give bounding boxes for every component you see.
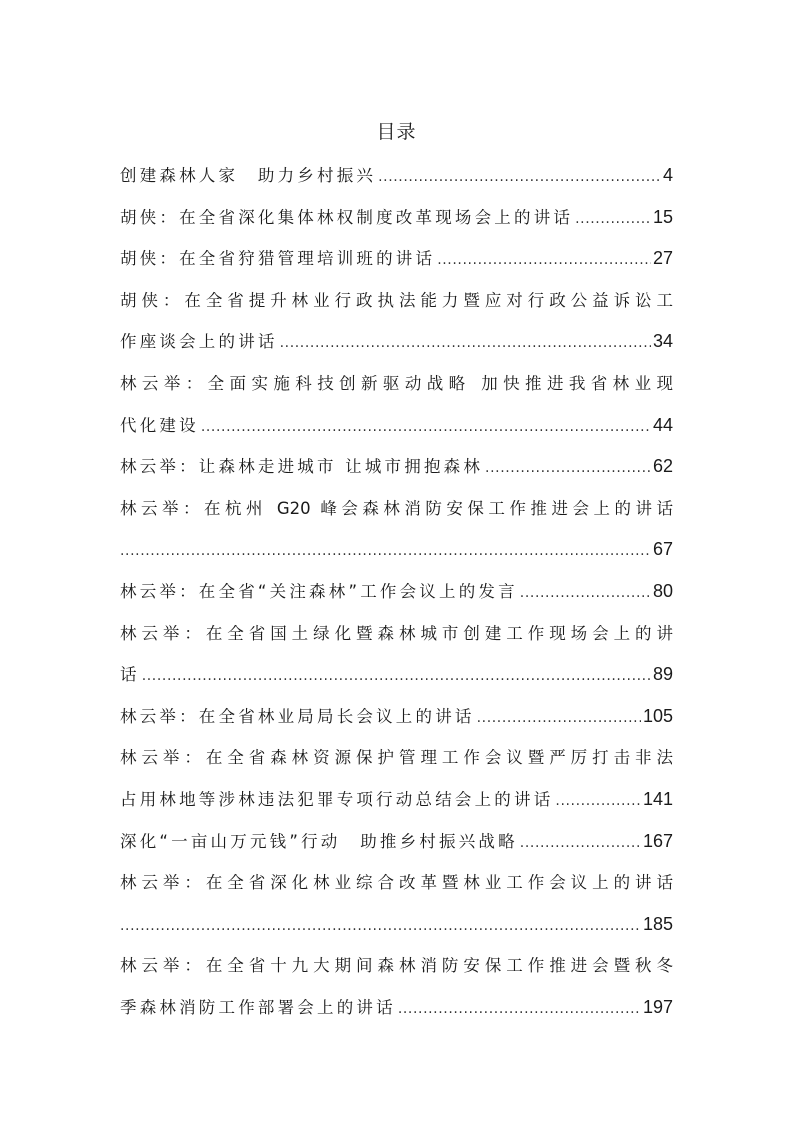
- toc-entry[interactable]: 胡侠：在全省深化集体林权制度改革现场会上的讲话 15: [120, 197, 673, 239]
- dot-leader: [201, 407, 651, 449]
- toc-entry-title: 林云举：在全省深化林业综合改革暨林业工作会议上的讲话: [120, 862, 673, 904]
- toc-entry-line-1[interactable]: 胡侠：在全省提升林业行政执法能力暨应对行政公益诉讼工: [120, 280, 673, 322]
- toc-page-number: 105: [643, 696, 673, 738]
- toc-entry-line-2[interactable]: 185: [120, 904, 673, 946]
- toc-entry-title-cont: 季森林消防工作部署会上的讲话: [120, 987, 396, 1029]
- toc-entry-title: 林云举：在全省森林资源保护管理工作会议暨严厉打击非法: [120, 737, 673, 779]
- toc-entry-title-cont: 代化建设: [120, 405, 199, 447]
- toc-title: 目录: [0, 117, 793, 147]
- toc-entry-title: 深化“一亩山万元钱”行动 助推乡村振兴战略: [120, 821, 518, 863]
- table-of-contents: 创建森林人家 助力乡村振兴 4 胡侠：在全省深化集体林权制度改革现场会上的讲话 …: [120, 155, 673, 1028]
- dot-leader: [280, 323, 651, 365]
- toc-entry-title: 创建森林人家 助力乡村振兴: [120, 155, 376, 197]
- toc-entry-title: 林云举：在杭州 G20 峰会森林消防安保工作推进会上的讲话: [120, 488, 673, 530]
- toc-entry-title: 林云举：在全省国土绿化暨森林城市创建工作现场会上的讲: [120, 613, 673, 655]
- toc-entry[interactable]: 深化“一亩山万元钱”行动 助推乡村振兴战略 167: [120, 821, 673, 863]
- dot-leader: [378, 157, 661, 199]
- toc-page-number: 167: [643, 821, 673, 863]
- toc-entry[interactable]: 胡侠：在全省狩猎管理培训班的讲话 27: [120, 238, 673, 280]
- toc-entry-title-cont: 作座谈会上的讲话: [120, 321, 278, 363]
- toc-entry-title: 林云举：在全省林业局局长会议上的讲话: [120, 696, 475, 738]
- toc-page-number: 34: [653, 321, 673, 363]
- toc-entry[interactable]: 林云举：在全省“关注森林”工作会议上的发言 80: [120, 571, 673, 613]
- dot-leader: [437, 240, 651, 282]
- toc-entry-title: 胡侠：在全省提升林业行政执法能力暨应对行政公益诉讼工: [120, 280, 673, 322]
- toc-entry-title-cont: 话: [120, 654, 140, 696]
- toc-entry-title: 林云举：让森林走进城市 让城市拥抱森林: [120, 446, 483, 488]
- toc-entry-line-2[interactable]: 占用林地等涉林违法犯罪专项行动总结会上的讲话 141: [120, 779, 673, 821]
- toc-page-number: 15: [653, 197, 673, 239]
- toc-page-number: 44: [653, 405, 673, 447]
- toc-entry-line-1[interactable]: 林云举：在全省森林资源保护管理工作会议暨严厉打击非法: [120, 737, 673, 779]
- toc-entry-title: 林云举：在全省“关注森林”工作会议上的发言: [120, 571, 518, 613]
- dot-leader: [485, 448, 651, 490]
- toc-page-number: 197: [643, 987, 673, 1029]
- toc-page-number: 27: [653, 238, 673, 280]
- toc-page-number: 89: [653, 654, 673, 696]
- dot-leader: [477, 698, 641, 740]
- dot-leader: [120, 906, 641, 948]
- dot-leader: [398, 989, 641, 1031]
- toc-entry-line-2[interactable]: 话 89: [120, 654, 673, 696]
- toc-entry-title-cont: 占用林地等涉林违法犯罪专项行动总结会上的讲话: [120, 779, 553, 821]
- dot-leader: [120, 531, 651, 573]
- dot-leader: [555, 781, 641, 823]
- toc-entry-title: 胡侠：在全省深化集体林权制度改革现场会上的讲话: [120, 197, 573, 239]
- dot-leader: [520, 823, 641, 865]
- toc-entry-title: 林云举：全面实施科技创新驱动战略 加快推进我省林业现: [120, 363, 673, 405]
- toc-page-number: 67: [653, 529, 673, 571]
- dot-leader: [142, 656, 651, 698]
- toc-entry-line-1[interactable]: 林云举：在全省十九大期间森林消防安保工作推进会暨秋冬: [120, 945, 673, 987]
- toc-entry[interactable]: 林云举：让森林走进城市 让城市拥抱森林 62: [120, 446, 673, 488]
- toc-entry-line-2[interactable]: 作座谈会上的讲话 34: [120, 321, 673, 363]
- toc-entry-line-2[interactable]: 季森林消防工作部署会上的讲话 197: [120, 987, 673, 1029]
- toc-entry-line-1[interactable]: 林云举：在全省国土绿化暨森林城市创建工作现场会上的讲: [120, 613, 673, 655]
- toc-entry-title: 胡侠：在全省狩猎管理培训班的讲话: [120, 238, 435, 280]
- toc-entry-line-2[interactable]: 代化建设 44: [120, 405, 673, 447]
- toc-entry-line-1[interactable]: 林云举：全面实施科技创新驱动战略 加快推进我省林业现: [120, 363, 673, 405]
- toc-page-number: 141: [643, 779, 673, 821]
- toc-entry[interactable]: 创建森林人家 助力乡村振兴 4: [120, 155, 673, 197]
- toc-entry-line-2[interactable]: 67: [120, 529, 673, 571]
- document-page: 目录 创建森林人家 助力乡村振兴 4 胡侠：在全省深化集体林权制度改革现场会上的…: [0, 0, 793, 1122]
- toc-page-number: 185: [643, 904, 673, 946]
- toc-entry-title: 林云举：在全省十九大期间森林消防安保工作推进会暨秋冬: [120, 945, 673, 987]
- toc-page-number: 62: [653, 446, 673, 488]
- toc-page-number: 80: [653, 571, 673, 613]
- toc-entry-line-1[interactable]: 林云举：在全省深化林业综合改革暨林业工作会议上的讲话: [120, 862, 673, 904]
- dot-leader: [575, 199, 651, 241]
- toc-entry[interactable]: 林云举：在全省林业局局长会议上的讲话 105: [120, 696, 673, 738]
- toc-page-number: 4: [663, 155, 673, 197]
- toc-entry-line-1[interactable]: 林云举：在杭州 G20 峰会森林消防安保工作推进会上的讲话: [120, 488, 673, 530]
- dot-leader: [520, 573, 651, 615]
